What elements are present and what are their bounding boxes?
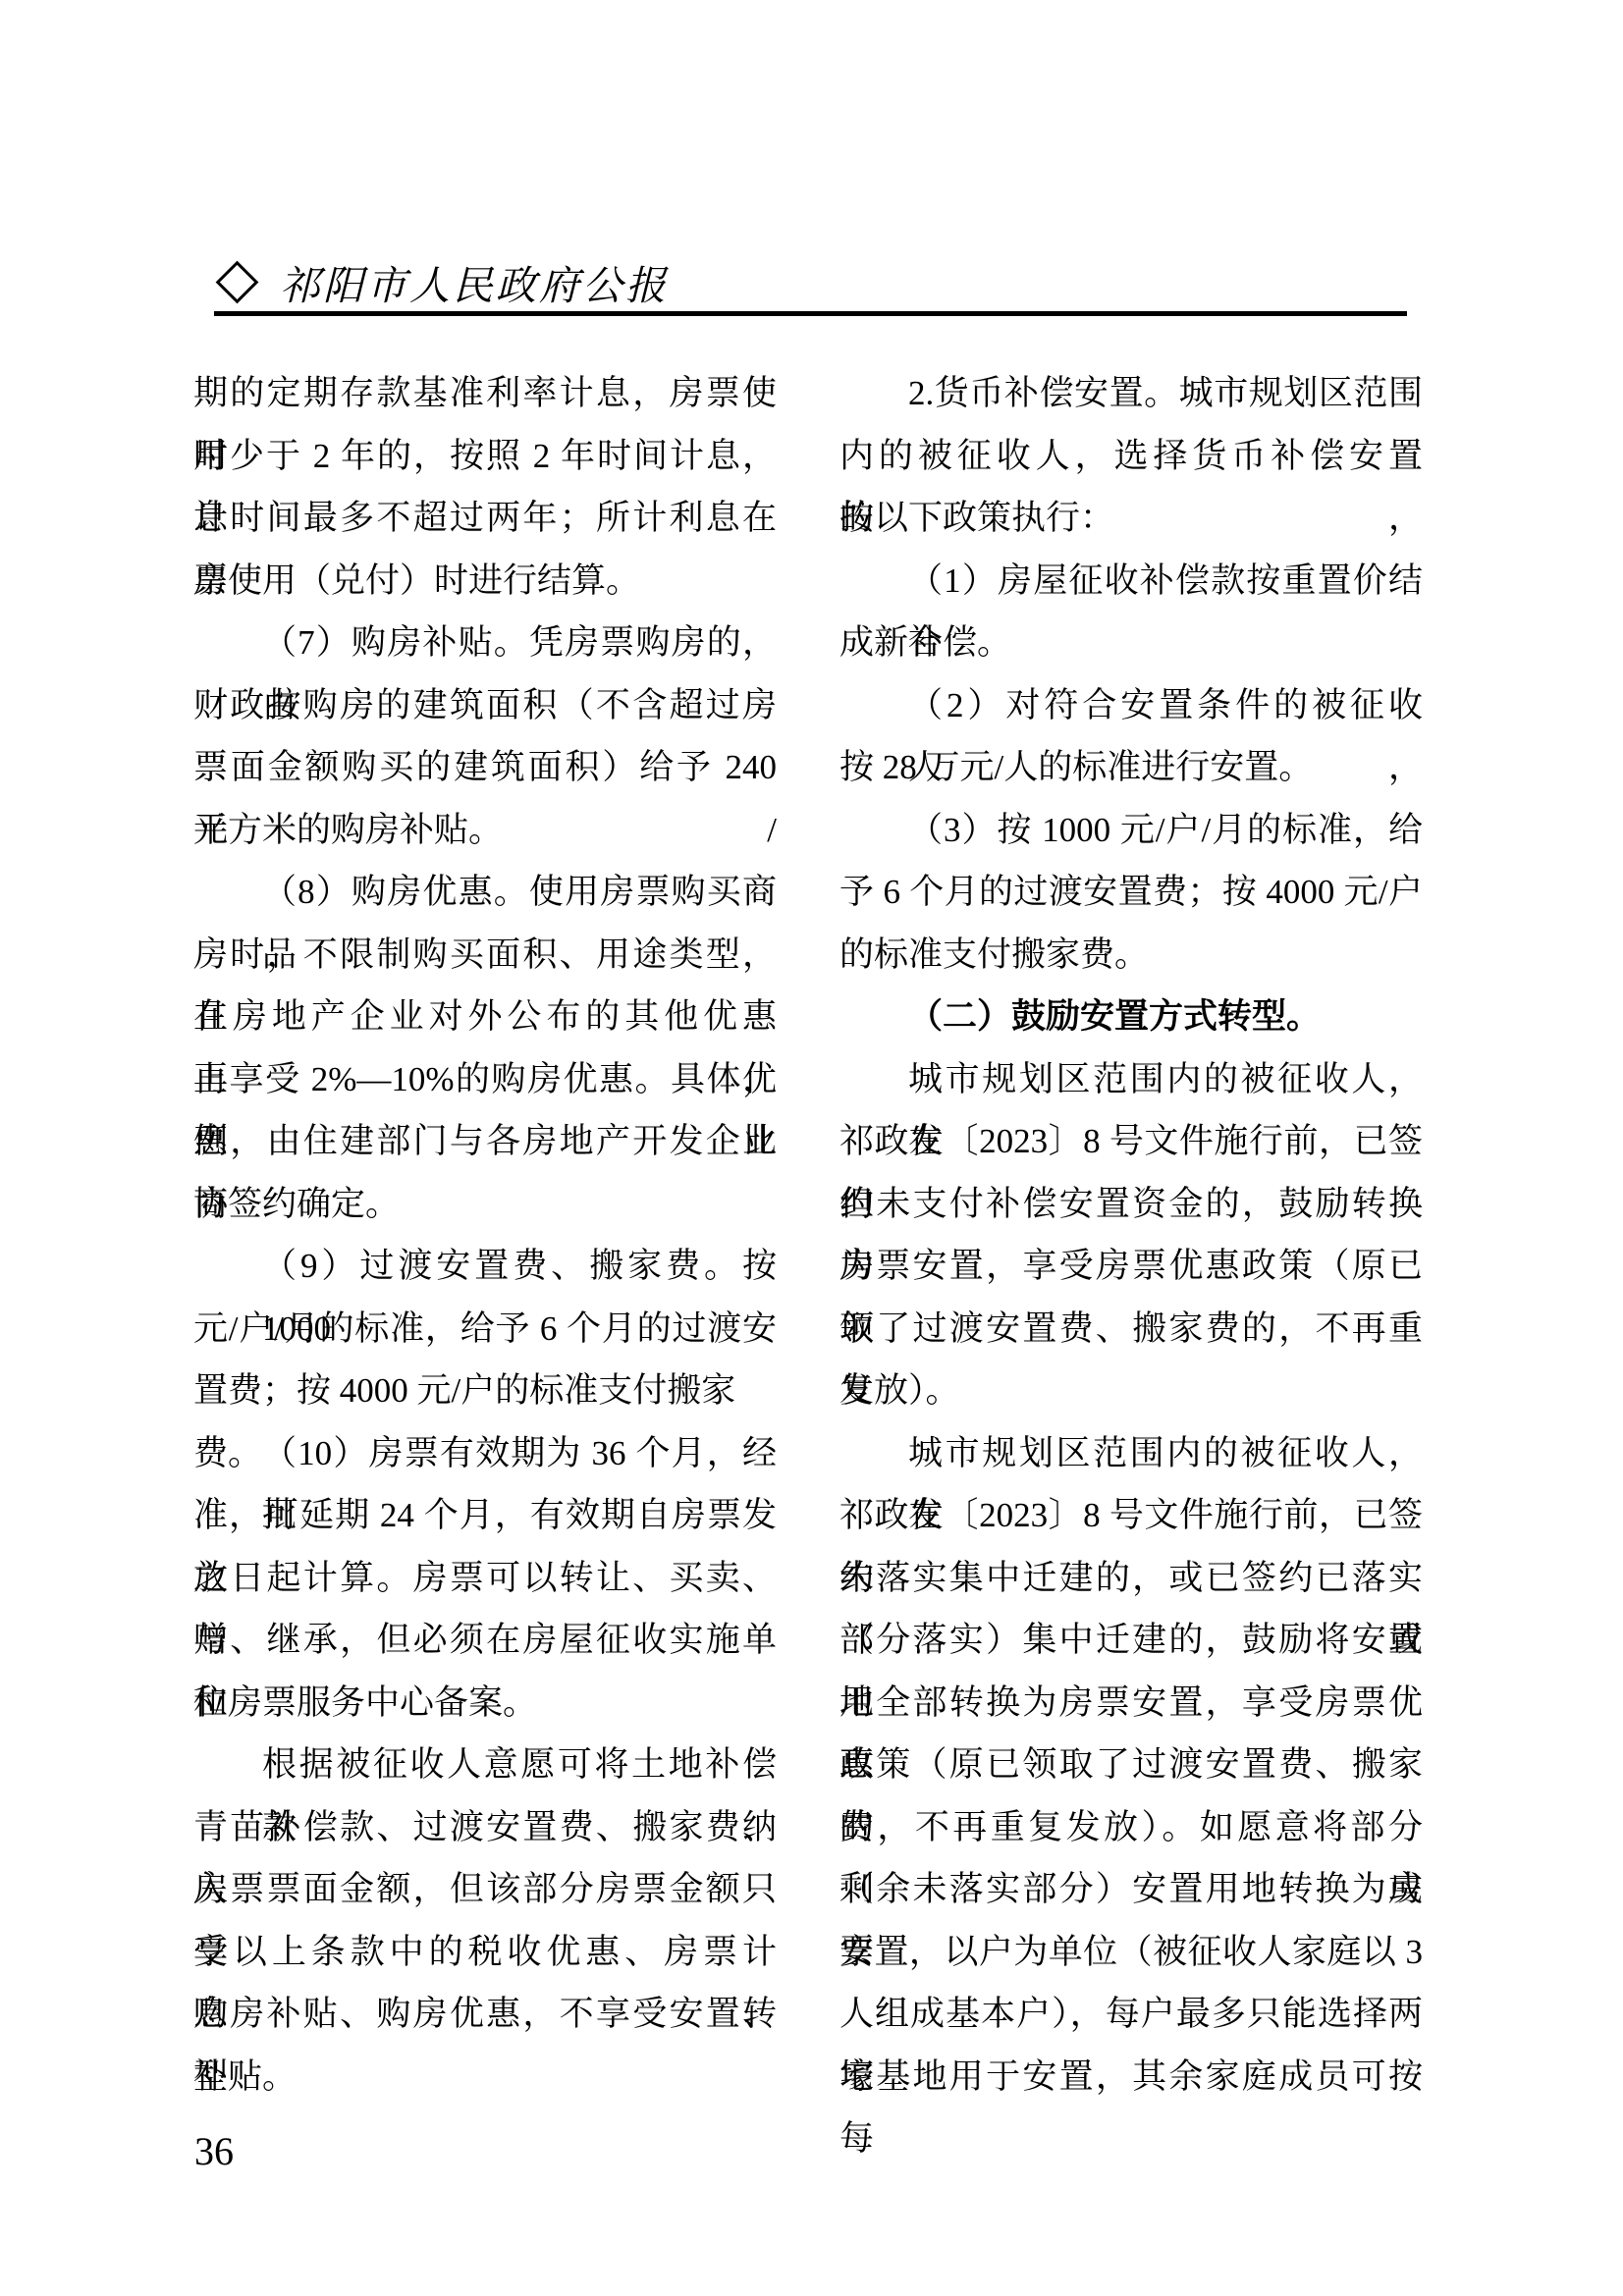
text-line: 发放）。 bbox=[839, 1360, 1423, 1422]
text-line: 息时间最多不超过两年；所计利息在房 bbox=[193, 487, 777, 550]
text-line: 再享受 2%—10%的购房优惠。具体优惠比 bbox=[193, 1048, 777, 1111]
page-number: 36 bbox=[194, 2122, 234, 2181]
text-line: 票使用（兑付）时进行结算。 bbox=[193, 550, 777, 613]
text-line: （10）房票有效期为 36 个月，经批 bbox=[193, 1422, 777, 1485]
text-line: 祁政发〔2023〕8 号文件施行前，已签约 bbox=[839, 1110, 1423, 1173]
text-line: 部分落实）集中迁建的，鼓励将安置用 bbox=[839, 1609, 1423, 1672]
text-line: 安置，以户为单位（被征收人家庭以 3 bbox=[839, 1921, 1423, 1984]
text-line: （1）房屋征收补偿款按重置价结合 bbox=[839, 550, 1423, 613]
text-line: 购房补贴、购房优惠，不享受安置转型 bbox=[193, 1983, 777, 2046]
diamond-icon bbox=[216, 261, 259, 304]
text-line: 例，由住建部门与各房地产开发企业协 bbox=[193, 1110, 777, 1173]
left-text-column: 期的定期存款基准利率计息，房票使用时少于 2 年的，按照 2 年时间计息，计息时… bbox=[193, 362, 777, 2108]
right-text-column: 2.货币补偿安置。城市规划区范围内的被征收人，选择货币补偿安置的，按以下政策执行… bbox=[839, 362, 1423, 2108]
text-line: 但未支付补偿安置资金的，鼓励转换为 bbox=[839, 1173, 1423, 1236]
text-line: （2）对符合安置条件的被征收人， bbox=[839, 674, 1423, 737]
text-line: 城市规划区范围内的被征收人，在 bbox=[839, 1422, 1423, 1485]
text-line: 房时，不限制购买面积、用途类型，且 bbox=[193, 924, 777, 987]
text-line: 商签约确定。 bbox=[193, 1173, 777, 1236]
text-line: 房票票面金额，但该部分房票金额只享 bbox=[193, 1858, 777, 1921]
text-line: 青苗补偿款、过渡安置费、搬家费纳入 bbox=[193, 1796, 777, 1859]
text-line: （3）按 1000 元/户/月的标准，给 bbox=[839, 799, 1423, 862]
text-line: 未落实集中迁建的，或已签约已落实（或 bbox=[839, 1547, 1423, 1610]
text-line: 票面金额购买的建筑面积）给予 240 元/ bbox=[193, 736, 777, 799]
text-line: 取了过渡安置费、搬家费的，不再重复 bbox=[839, 1298, 1423, 1361]
text-line: 补贴。 bbox=[193, 2046, 777, 2109]
text-line: （二）鼓励安置方式转型。 bbox=[839, 986, 1423, 1048]
text-line: 的标准支付搬家费。 bbox=[839, 924, 1423, 987]
text-line: 期的定期存款基准利率计息，房票使用 bbox=[193, 362, 777, 425]
text-line: （8）购房优惠。使用房票购买商品 bbox=[193, 861, 777, 924]
text-line: （9）过渡安置费、搬家费。按 1000 bbox=[193, 1235, 777, 1298]
text-line: 和房票服务中心备案。 bbox=[193, 1672, 777, 1735]
text-line: 成新补偿。 bbox=[839, 612, 1423, 674]
text-line: 宅基地用于安置，其余家庭成员可按每 bbox=[839, 2046, 1423, 2109]
text-line: 剩余未落实部分）安置用地转换为房票 bbox=[839, 1858, 1423, 1921]
text-line: 的，不再重复发放）。如愿意将部分（或 bbox=[839, 1796, 1423, 1859]
text-line: 2.货币补偿安置。城市规划区范围 bbox=[839, 362, 1423, 425]
text-line: 政策（原已领取了过渡安置费、搬家费 bbox=[839, 1734, 1423, 1796]
text-line: 予 6 个月的过渡安置费；按 4000 元/户 bbox=[839, 861, 1423, 924]
text-line: 与、继承，但必须在房屋征收实施单位 bbox=[193, 1609, 777, 1672]
gazette-title: 祁阳市人民政府公报 bbox=[280, 253, 669, 311]
text-line: 在房地产企业对外公布的其他优惠上， bbox=[193, 986, 777, 1048]
masthead: 祁阳市人民政府公报 bbox=[216, 253, 669, 311]
gazette-page: 祁阳市人民政府公报 期的定期存款基准利率计息，房票使用时少于 2 年的，按照 2… bbox=[0, 0, 1623, 2296]
text-line: （7）购房补贴。凭房票购房的，由 bbox=[193, 612, 777, 674]
text-line: 内的被征收人，选择货币补偿安置的， bbox=[839, 425, 1423, 488]
text-line: 城市规划区范围内的被征收人，在 bbox=[839, 1048, 1423, 1111]
text-line: 财政按购房的建筑面积（不含超过房票 bbox=[193, 674, 777, 737]
text-line: 地全部转换为房票安置，享受房票优惠 bbox=[839, 1672, 1423, 1735]
text-line: 人组成基本户），每户最多只能选择两壕 bbox=[839, 1983, 1423, 2046]
text-line: 准，可延期 24 个月，有效期自房票发放 bbox=[193, 1484, 777, 1547]
text-line: 置费；按 4000 元/户的标准支付搬家费。 bbox=[193, 1360, 777, 1422]
text-line: 元/户/月的标准，给予 6 个月的过渡安 bbox=[193, 1298, 777, 1361]
text-line: 之日起计算。房票可以转让、买卖、赠 bbox=[193, 1547, 777, 1610]
text-line: 时少于 2 年的，按照 2 年时间计息，计 bbox=[193, 425, 777, 488]
text-line: 房票安置，享受房票优惠政策（原已领 bbox=[839, 1235, 1423, 1298]
text-line: 根据被征收人意愿可将土地补偿款、 bbox=[193, 1734, 777, 1796]
text-line: 受以上条款中的税收优惠、房票计息、 bbox=[193, 1921, 777, 1984]
text-line: 祁政发〔2023〕8 号文件施行前，已签约 bbox=[839, 1484, 1423, 1547]
header-rule bbox=[214, 311, 1407, 316]
